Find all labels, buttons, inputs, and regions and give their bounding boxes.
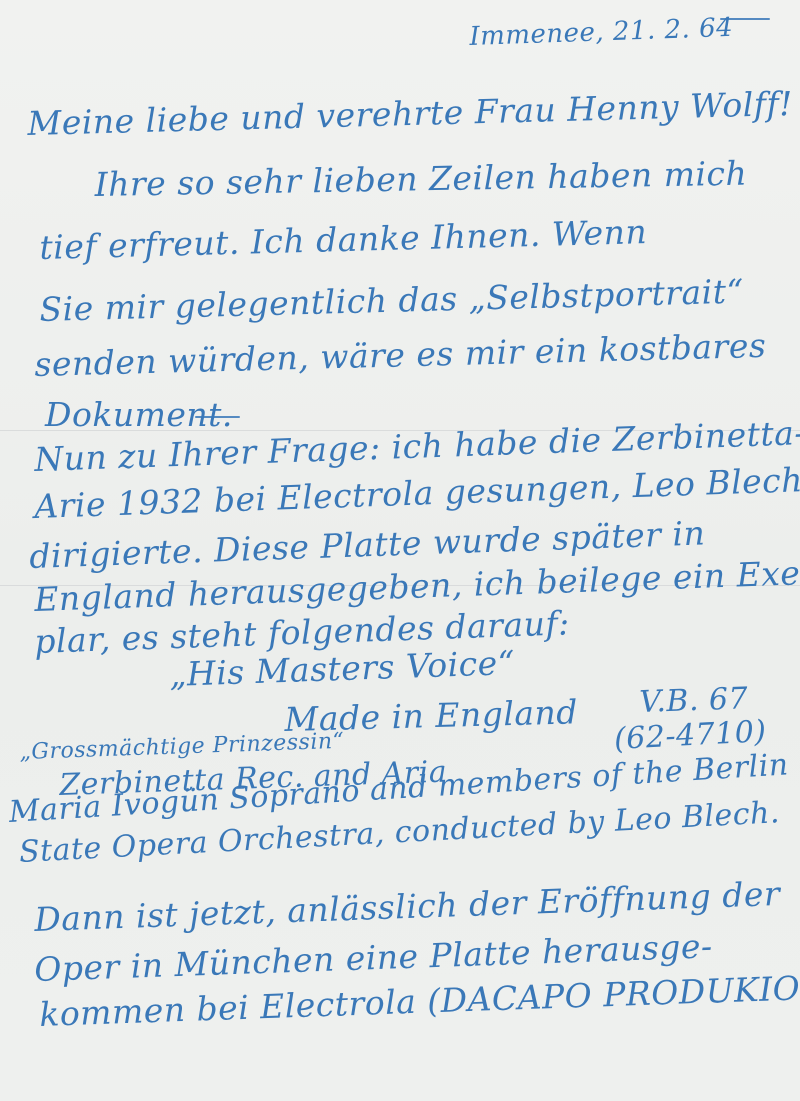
body-line: Sie mir gelegentlich das „Selbstportrait… (39, 272, 744, 329)
dash-after-dokument (195, 416, 240, 418)
salutation: Meine liebe und verehrte Frau Henny Wolf… (27, 84, 793, 143)
body-line: senden würden, wäre es mir ein kostbares (34, 326, 767, 384)
body-line: Dokument. (45, 395, 233, 434)
place-date: Immenee, 21. 2. 64 (469, 13, 734, 52)
date-overline (720, 18, 770, 20)
record-catalog-number: V.B. 67 (639, 681, 749, 720)
letter-page: Immenee, 21. 2. 64 Meine liebe und vereh… (0, 0, 800, 1101)
body-line: tief erfreut. Ich danke Ihnen. Wenn (39, 212, 648, 267)
body-line: Ihre so sehr lieben Zeilen haben mich (94, 154, 747, 204)
